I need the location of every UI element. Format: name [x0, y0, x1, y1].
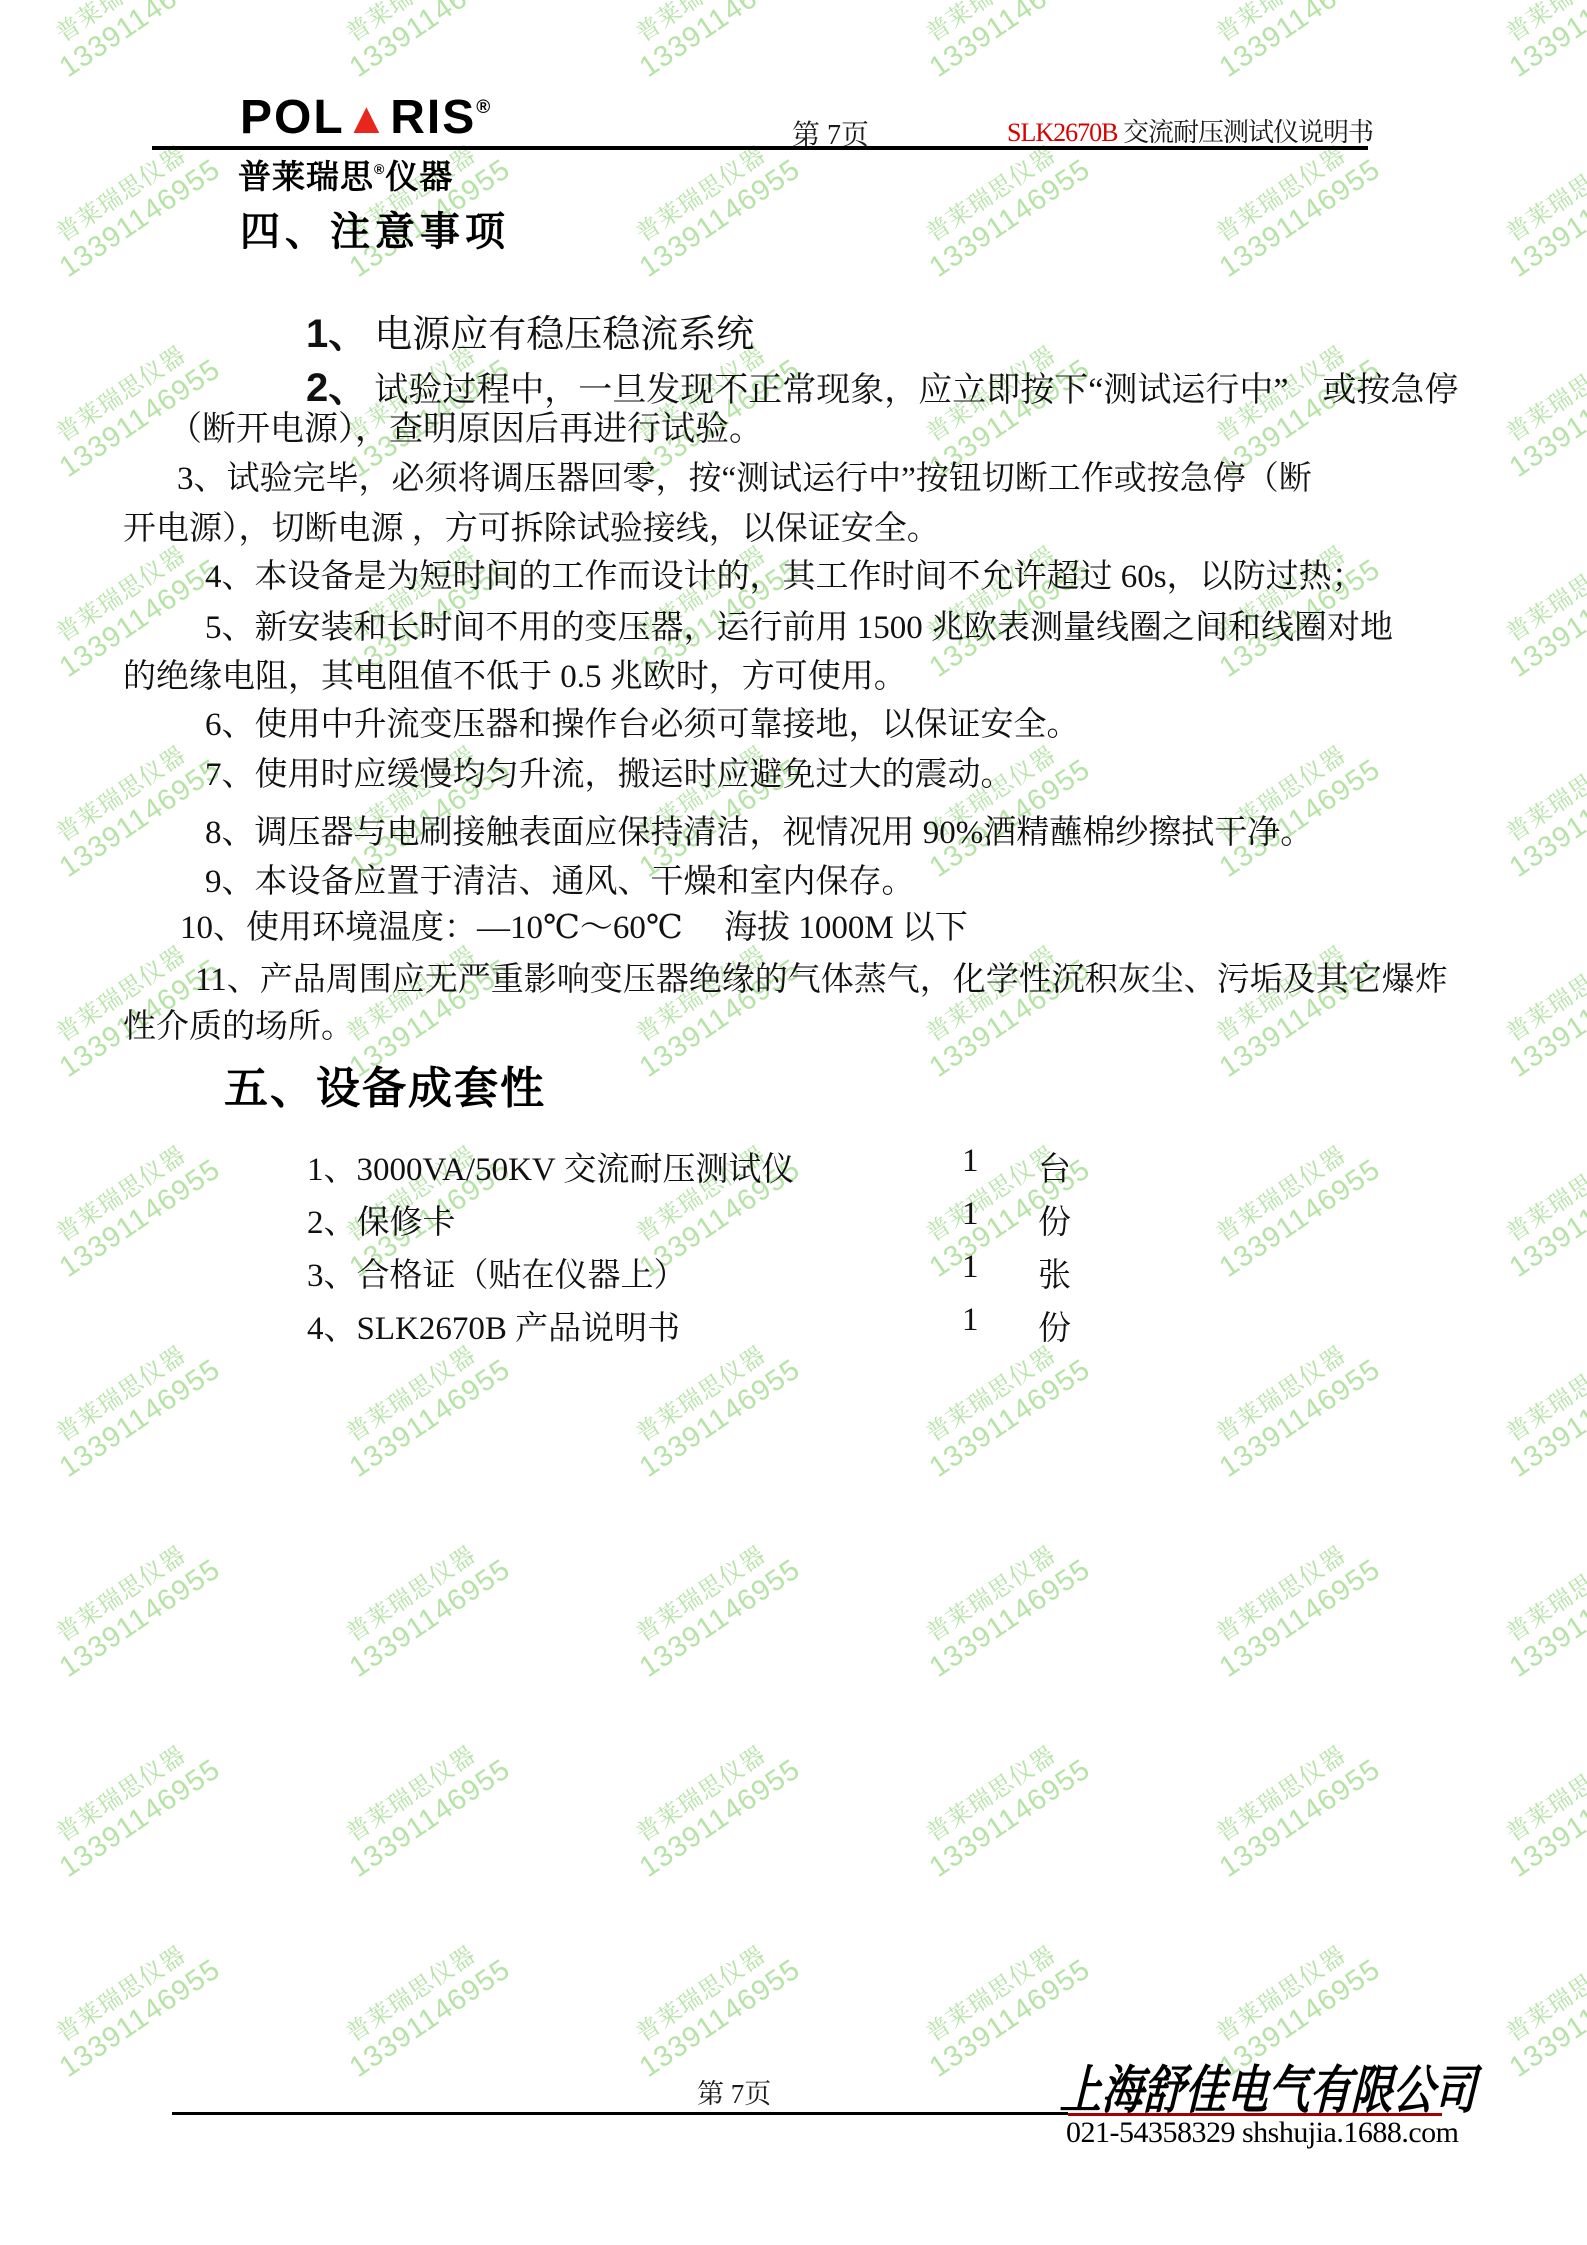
logo-subtitle-post: 仪器	[385, 158, 453, 195]
model-label: SLK2670B	[1007, 118, 1117, 147]
package-item-name: 1、3000VA/50KV 交流耐压测试仪	[307, 1143, 794, 1190]
note-line: 9、本设备应置于清洁、通风、干燥和室内保存。	[205, 855, 915, 902]
note-line: 5、新安装和长时间不用的变压器，运行前用 1500 兆欧表测量线圈之间和线圈对地	[205, 601, 1393, 648]
document-page: 普莱瑞思仪器13391146955普莱瑞思仪器13391146955普莱瑞思仪器…	[0, 0, 1587, 2245]
package-item-name: 4、SLK2670B 产品说明书	[307, 1302, 680, 1349]
note-line: 1、电源应有稳压稳流系统	[306, 302, 754, 359]
note-line: （断开电源），查明原因后再进行试验。	[168, 401, 763, 450]
doc-title-rest: 交流耐压测试仪说明书	[1117, 118, 1373, 147]
note-line: 开电源），切断电源 ，方可拆除试验接线，以保证安全。	[123, 502, 940, 549]
logo-subtitle-pre: 普莱瑞思	[238, 158, 374, 195]
company-signature: 上海舒佳电气有限公司	[1059, 2048, 1478, 2123]
package-item-name: 2、保修卡	[307, 1196, 456, 1243]
note-line: 8、调压器与电刷接触表面应保持清洁，视情况用 90%酒精蘸棉纱擦拭干净。	[205, 806, 1313, 853]
logo-word-post: RIS	[390, 91, 476, 144]
package-item-qty: 1	[962, 1196, 979, 1233]
package-item-unit: 份	[1038, 1302, 1071, 1349]
package-item-qty: 1	[962, 1249, 979, 1286]
package-item-name: 3、合格证（贴在仪器上）	[307, 1249, 687, 1296]
triangle-icon: ▲	[345, 94, 391, 143]
note-line: 性介质的场所。	[123, 1000, 354, 1047]
note-line: 7、使用时应缓慢均匀升流，搬运时应避免过大的震动。	[205, 748, 1014, 795]
footer-divider	[172, 2112, 1068, 2115]
note-number: 1、	[306, 312, 368, 356]
contact-info: 021-54358329 shshujia.1688.com	[1066, 2116, 1458, 2150]
registered-mark-icon: ®	[476, 97, 490, 118]
polaris-logo-wordmark: POL▲RIS®	[240, 90, 490, 145]
note-line: 3、试验完毕，必须将调压器回零，按“测试运行中”按钮切断工作或按急停（断	[177, 452, 1312, 499]
package-item-qty: 1	[962, 1302, 979, 1339]
logo-subtitle: 普莱瑞思®仪器	[238, 151, 453, 198]
note-line: 6、使用中升流变压器和操作台必须可靠接地，以保证安全。	[205, 698, 1080, 745]
package-item-qty: 1	[962, 1143, 979, 1180]
footer-page-number: 第 7页	[697, 2072, 771, 2111]
content-layer: POL▲RIS® 普莱瑞思®仪器 第 7页 SLK2670B 交流耐压测试仪说明…	[0, 0, 1587, 2245]
package-item-unit: 张	[1038, 1249, 1071, 1296]
note-line: 的绝缘电阻，其电阻值不低于 0.5 兆欧时，方可使用。	[123, 650, 907, 697]
note-line: 11、产品周围应无严重影响变压器绝缘的气体蒸气，化学性沉积灰尘、污垢及其它爆炸	[195, 953, 1448, 1000]
logo-word-pre: POL	[240, 91, 345, 144]
section-package-title: 五、设备成套性	[224, 1052, 546, 1116]
section-precautions-title: 四、注意事项	[240, 200, 510, 257]
registered-mark-icon-small: ®	[374, 161, 385, 177]
header-doc-title: SLK2670B 交流耐压测试仪说明书	[1007, 112, 1373, 149]
package-item-unit: 份	[1038, 1196, 1071, 1243]
package-item-unit: 台	[1038, 1143, 1071, 1190]
note-line: 10、使用环境温度：—10℃～60℃ 海拔 1000M 以下	[180, 901, 968, 948]
header-divider	[152, 146, 1368, 150]
note-line: 4、本设备是为短时间的工作而设计的，其工作时间不允许超过 60s，以防过热；	[205, 550, 1365, 597]
